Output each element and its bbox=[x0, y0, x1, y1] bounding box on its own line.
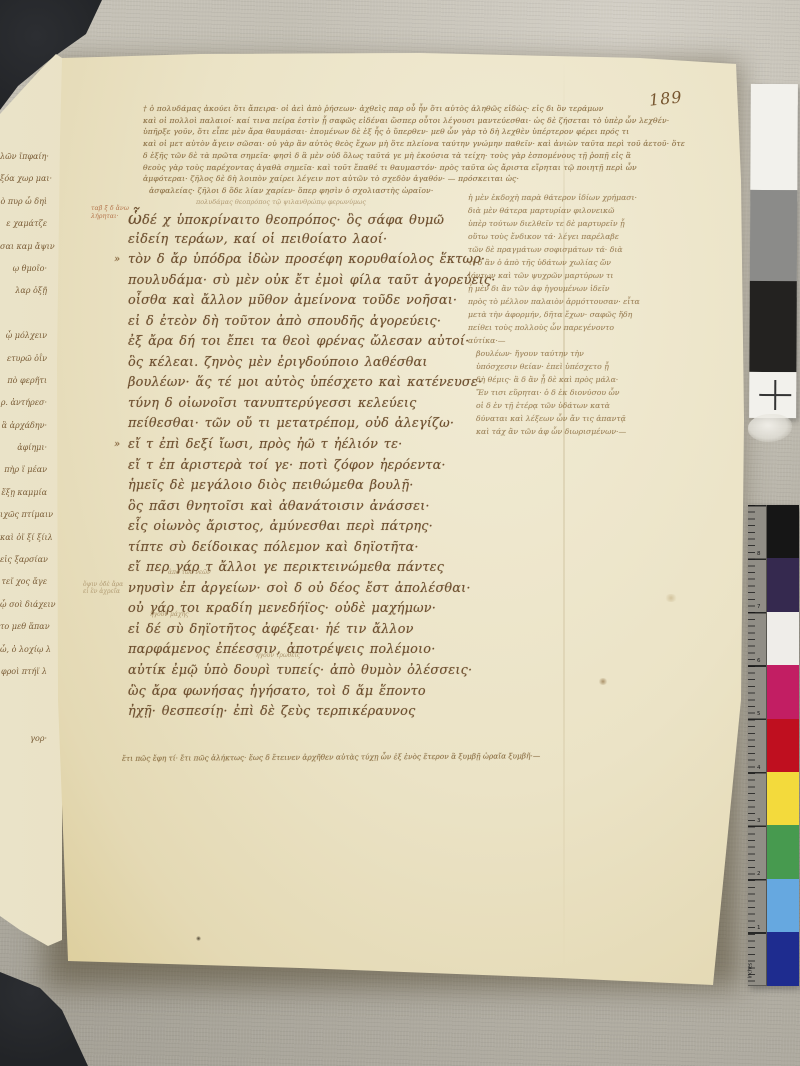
right-scholia-line: Ἔν τισι εὕρηται· ὁ δ ἐκ διονύσου ὧν bbox=[468, 386, 738, 399]
right-scholia-line: δύναται καὶ λέξεων ὧν ἄν τις ἀπαντᾷ bbox=[468, 412, 738, 425]
verse-line: ἠχῇ· θεσπεσίῃ· ἐπὶ δὲ ζεὺς τερπικέραυνος bbox=[128, 702, 484, 723]
right-scholia-line: βουλέων· ἤγουν ταύτην τὴν bbox=[468, 347, 738, 360]
left-folio-fragment: πὴρ ϊ μέαν bbox=[0, 465, 50, 487]
ruler: Inches 87654321 bbox=[748, 505, 767, 986]
left-folio-fragment: ἕξῃ καμμία bbox=[0, 488, 50, 510]
color-patch-column bbox=[767, 505, 799, 986]
left-folio-fragment: ἃ ἀρχάδην· bbox=[0, 421, 50, 443]
margin-gloss-line: εἰ ἓν ἀχρεῖα bbox=[83, 588, 129, 595]
scholia-line: ὑπῆρξε γοῦν, ὅτι εἶπε μὲν ἄρα θαυμάσαι· … bbox=[143, 126, 721, 138]
verse-line: νηυσὶν ἐπ ἀργείων· σοὶ δ οὐ δέος ἔστ ἀπο… bbox=[128, 579, 484, 600]
left-folio-fragment: εἰς ξαρσίαν bbox=[0, 555, 50, 577]
verse-line: ἡμεῖς δὲ μεγάλοιο διὸς πειθώμεθα βουλῇ· bbox=[128, 476, 484, 497]
right-scholia-line: μετὰ τὴν ἀφορμήν, δῆτα ἔχων· σαφῶς ἤδη bbox=[468, 308, 738, 321]
color-patch-dark-purple bbox=[767, 558, 799, 611]
main-text-block: ὧδέ χ ὑποκρίναιτο θεοπρόπος· ὃς σάφα θυμ… bbox=[128, 209, 484, 723]
verse-line: τίπτε σὺ δείδοικας πόλεμον καὶ δηϊοτῆτα· bbox=[128, 538, 484, 559]
right-scholia-line: οὕτω τοὺς ἔνδικον τά· λέγει παρέλαβε bbox=[468, 230, 738, 243]
grayscale-segment-black bbox=[749, 281, 796, 372]
verse-line: βουλέων· ἅς τέ μοι αὐτὸς ὑπέσχετο καὶ κα… bbox=[128, 373, 484, 394]
scholia-line: καὶ οἱ πολλοὶ παλαιοί· καί τινα πείρα ἐσ… bbox=[143, 115, 721, 127]
manuscript-page: 189 † ὁ πολυδάμας ἀκούει ὅτι ἄπειρα· οἱ … bbox=[0, 0, 800, 1066]
right-scholia-line: ἡ μὲν ἐκδοχὴ παρὰ θάτερον ἰδίων χρήμασι· bbox=[468, 191, 738, 204]
margin-gloss: ὅψιν ὁδὲ ἄρα εἰ ἓν ἀχρεῖα bbox=[83, 581, 129, 595]
verse-line: τύνη δ οἰωνοῖσι τανυπτερύγεσσι κελεύεις bbox=[128, 394, 484, 415]
page-stain bbox=[196, 936, 201, 941]
verse-line: εἰ δέ σὺ δηϊοτῆτος ἀφέξεαι· ἠέ τιν ἄλλον bbox=[128, 620, 484, 641]
left-folio-fragment: φροὶ πτήϊ λ bbox=[0, 667, 50, 689]
left-folio-fragment: ᾧ μόλχειν bbox=[0, 331, 50, 353]
left-folio-fragment: το μεθ ἅπαν bbox=[0, 622, 50, 644]
left-folio-fragment: ὸ πυρ ὦ δηὶ bbox=[0, 197, 50, 219]
left-folio-fragment: ιχῶς πτίμαιν bbox=[0, 510, 50, 532]
right-scholia-line: πρὸς τὸ μέλλον παλαιὸν ἁρμόττουσαν· εἶτα bbox=[468, 295, 738, 308]
right-scholia-line: ᾗ μὲν δι ἂν τῶν ἀφ ἡγουμένων ἰδεῖν bbox=[468, 282, 738, 295]
ruler-number: 6 bbox=[757, 658, 761, 664]
interlinear-gloss: ἤγουν τρωθεὶς bbox=[256, 652, 300, 659]
left-folio-fragment: ῳ θμοῖο· bbox=[0, 264, 50, 286]
right-scholia-line: ὑπὲρ τούτων διελθεῖν τε δὲ μαρτυρεῖν ᾗ bbox=[468, 217, 738, 230]
color-patch-yellow bbox=[767, 772, 799, 825]
color-patch-sky-blue bbox=[767, 879, 799, 932]
scholia-line: θεοὺς γὰρ τοὺς παρέχοντας ἀγαθὰ σημεῖα· … bbox=[143, 162, 721, 174]
right-scholia-line: ὑπόσχεσιν θείαν· ἐπεὶ ὑπέσχετο ᾗ bbox=[468, 360, 738, 373]
right-scholia-line: δὴ θέμις· ἃ δ ἂν ᾖ δὲ καὶ πρὸς μάλα· bbox=[468, 373, 738, 386]
right-scholia-line: ἰόντων καὶ τῶν ψυχρῶν μαρτύρων τι bbox=[468, 269, 738, 282]
quote-mark: » bbox=[114, 250, 120, 271]
verse-line: τὸν δ ἄρ ὑπόδρα ἰδὼν προσέφη κορυθαίολος… bbox=[128, 250, 484, 271]
left-folio-fragment bbox=[0, 712, 50, 734]
left-folio-fragment: ετυρῶ ὀῒν bbox=[0, 354, 50, 376]
left-folio-fragment: ἀφίημι· bbox=[0, 443, 50, 465]
scholia-line: ἀμφότεραι· ζῆλος δὲ δὴ λοιπὸν χαίρει λέγ… bbox=[143, 173, 594, 185]
ruler-label: Inches bbox=[748, 963, 753, 979]
verse-line: ὃς πᾶσι θνητοῖσι καὶ ἀθανάτοισιν ἀνάσσει… bbox=[128, 497, 484, 518]
right-scholia-line: πείθει τοὺς πολλοὺς ὧν παρεγένοντο bbox=[468, 321, 738, 334]
right-scholia-line: οἱ δ ἐν τῇ ἑτέρᾳ τῶν ὑδάτων κατὰ bbox=[468, 399, 738, 412]
color-patch-magenta bbox=[767, 665, 799, 718]
ruler-number: 4 bbox=[757, 765, 761, 771]
verse-line: εἰ δ ἐτεὸν δὴ τοῦτον ἀπὸ σπουδῆς ἀγορεύε… bbox=[128, 312, 484, 333]
verse-line: πουλυδάμα· σὺ μὲν οὐκ ἔτ ἐμοὶ φίλα ταῦτ … bbox=[128, 271, 484, 292]
verse-line: εἰδείη τεράων, καί οἱ πειθοίατο λαοί· bbox=[128, 230, 484, 251]
left-folio-fragment bbox=[0, 309, 50, 331]
grayscale-segment-white bbox=[750, 84, 798, 190]
left-folio-fragment: ὦ, ὁ λοχίῳ λ bbox=[0, 645, 50, 667]
ruler-number: 3 bbox=[757, 818, 761, 824]
quote-mark: » bbox=[114, 435, 120, 456]
left-folio-fragment: ρ. ἀντήρεσ· bbox=[0, 398, 50, 420]
color-patch-green bbox=[767, 825, 799, 878]
interlinear-heading: πολυδάμας θεοπρόπος τῷ ψιλανθρώπῳ φερωνύ… bbox=[196, 198, 366, 206]
verse-line: ἐξ ἄρα δή τοι ἔπει τα θεοὶ φρένας ὤλεσαν… bbox=[128, 332, 484, 353]
left-folio-fragment: τεῖ χος ἄγε bbox=[0, 577, 50, 599]
color-calibration-bar: Inches 87654321 bbox=[748, 505, 799, 986]
left-folio-fragment: ε χαμάτζε bbox=[0, 219, 50, 241]
grayscale-calibration-bar bbox=[749, 84, 798, 418]
scholia-line: δ ἑξῆς τῶν δὲ τὰ πρῶτα σημεῖα· φησὶ δ ἃ … bbox=[143, 150, 721, 162]
top-scholia-block: † ὁ πολυδάμας ἀκούει ὅτι ἄπειρα· οἱ ἀεὶ … bbox=[143, 103, 721, 197]
color-patch-white bbox=[767, 612, 799, 665]
verse-line: παρφάμενος ἐπέεσσιν, ἀποτρέψεις πολέμοιο… bbox=[128, 640, 484, 661]
grayscale-segment-middle-gray bbox=[750, 190, 797, 281]
left-folio-fragment: ᾧ σοὶ διάχειν bbox=[0, 600, 50, 622]
bottom-scholion-line: ἔτι πῶς ἔφη τί· ἔτι πῶς ἀλήκτως· ἕως δ ἔ… bbox=[122, 750, 728, 763]
verse-line: ὣς ἄρα φωνήσας ἡγήσατο, τοὶ δ ἅμ ἕποντο bbox=[128, 682, 484, 703]
verse-line: ὧδέ χ ὑποκρίναιτο θεοπρόπος· ὃς σάφα θυμ… bbox=[128, 209, 484, 230]
scholia-line: † ὁ πολυδάμας ἀκούει ὅτι ἄπειρα· οἱ ἀεὶ … bbox=[143, 103, 721, 115]
scholia-line: καὶ οἱ μετ αὐτὸν ἄγειν σῶσαι· οὐ γὰρ ἂν … bbox=[143, 138, 721, 150]
verse-line: οἶσθα καὶ ἄλλον μῦθον ἀμείνονα τοῦδε νοῆ… bbox=[128, 291, 484, 312]
color-patch-red bbox=[767, 719, 799, 772]
page-stain bbox=[598, 678, 608, 685]
right-scholia-line: αὐτίκα·— bbox=[468, 334, 738, 347]
right-scholia-block: ἡ μὲν ἐκδοχὴ παρὰ θάτερον ἰδίων χρήμασι·… bbox=[468, 191, 738, 438]
verse-line: εἷς οἰωνὸς ἄριστος, ἀμύνεσθαι περὶ πάτρη… bbox=[128, 517, 484, 538]
right-scholia-line: τί δ ἂν ὁ ἀπὸ τῆς ὑδάτων χωλίας ὤν bbox=[468, 256, 738, 269]
right-scholia-line: τῶν δὲ πραγμάτων σοφισμάτων τά· διὰ bbox=[468, 243, 738, 256]
left-folio-text-column: λῶν ϊπφαίη·ξόα χωρ μαι·ὸ πυρ ὦ δηὶε χαμά… bbox=[0, 152, 50, 757]
verse-line: εἴ τ ἐπὶ δεξί ἴωσι, πρὸς ἠῶ τ ἠέλιόν τε·… bbox=[128, 435, 484, 456]
verse-line: πείθεσθαι· τῶν οὔ τι μετατρέπομ, οὐδ ἀλε… bbox=[128, 414, 484, 435]
left-folio-fragment: σαι καμ ἄψιν bbox=[0, 242, 50, 264]
ruler-number: 2 bbox=[757, 871, 761, 877]
left-folio-fragment: λῶν ϊπφαίη· bbox=[0, 152, 50, 174]
left-folio-fragment: καὶ ὀϊ ξί ξίιλ bbox=[0, 533, 50, 555]
manuscript-photograph: λῶν ϊπφαίη·ξόα χωρ μαι·ὸ πυρ ὦ δηὶε χαμά… bbox=[0, 0, 800, 1066]
grayscale-segment-cross-patch bbox=[749, 372, 796, 418]
margin-gloss-line: ὅψιν ὁδὲ ἄρα bbox=[83, 581, 129, 588]
verse-line: αὐτίκ ἐμῷ ὑπὸ δουρὶ τυπείς· ἀπὸ θυμὸν ὀλ… bbox=[128, 661, 484, 682]
ruler-number: 5 bbox=[757, 711, 761, 717]
ruler-number: 7 bbox=[757, 604, 761, 610]
color-patch-black bbox=[767, 505, 799, 558]
color-patch-navy-blue bbox=[767, 932, 799, 985]
left-folio-fragment: ξόα χωρ μαι· bbox=[0, 174, 50, 196]
right-scholia-line: διὰ μὲν θάτερα μαρτυρίαν φιλονεικῶ bbox=[468, 204, 738, 217]
interlinear-gloss: ἀπὸ τῶν νεῶν bbox=[168, 569, 211, 576]
ruler-number: 1 bbox=[757, 925, 761, 931]
verse-line: ὃς κέλεαι. ζηνὸς μὲν ἐριγδούποιο λαθέσθα… bbox=[128, 353, 484, 374]
verse-line: εἴ τ ἐπ ἀριστερὰ τοί γε· ποτὶ ζόφον ἠερό… bbox=[128, 456, 484, 477]
registration-cross-icon bbox=[759, 380, 791, 410]
right-scholia-line: καὶ τάχ ἂν τῶν ἀφ ὧν διωρισμένων·— bbox=[468, 425, 738, 438]
page-stain bbox=[664, 594, 678, 602]
left-folio-fragment: πὸ φερῆτι bbox=[0, 376, 50, 398]
interlinear-gloss: ἤγουν μάχης bbox=[150, 611, 189, 618]
left-folio-fragment: γορ· bbox=[0, 734, 50, 756]
left-folio-fragment bbox=[0, 689, 50, 711]
ruler-number: 8 bbox=[757, 551, 761, 557]
left-folio-fragment: λαρ ὀξῇ bbox=[0, 286, 50, 308]
